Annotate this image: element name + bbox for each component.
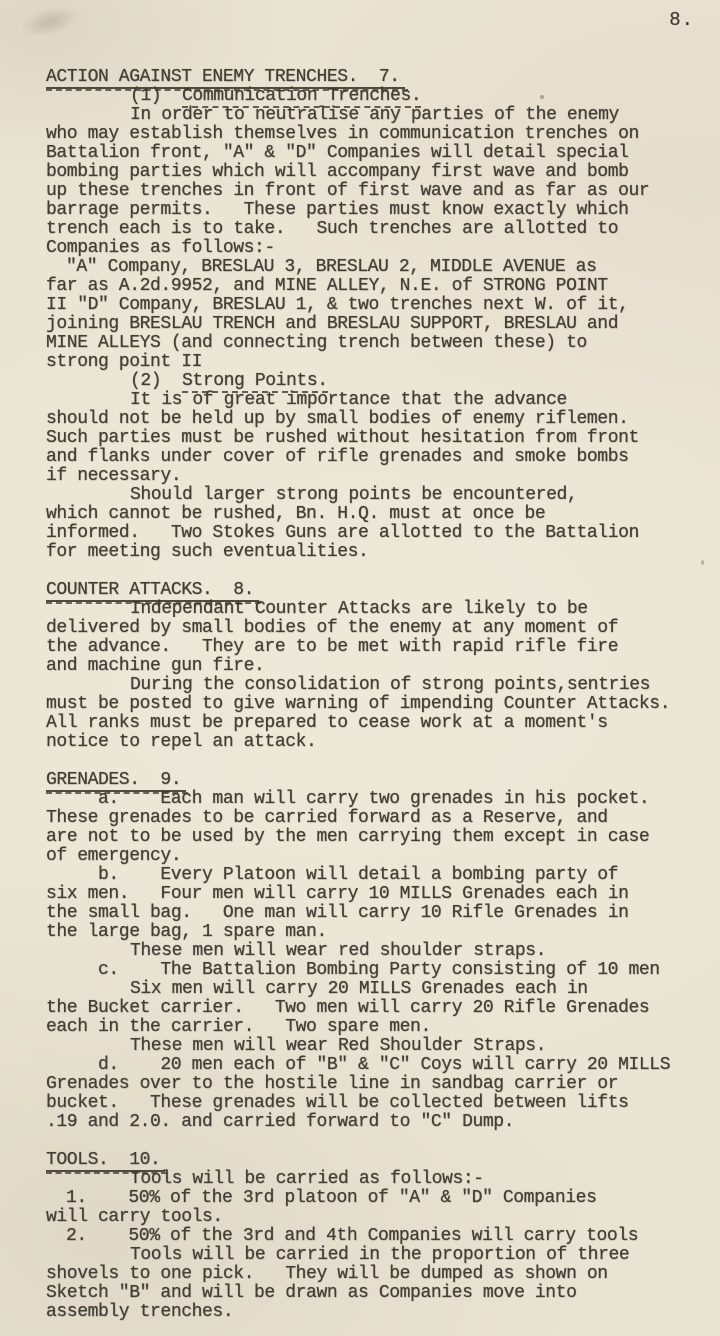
text-line: All ranks must be prepared to cease work…: [46, 714, 706, 733]
text-line: Six men will carry 20 MILLS Grenades eac…: [46, 980, 706, 999]
section-heading: GRENADES. 9.: [46, 771, 186, 792]
document-body: ACTION AGAINST ENEMY TRENCHES. 7.(1) Com…: [0, 0, 720, 1322]
text-line: Should larger strong points be encounter…: [46, 486, 706, 505]
text-line: bombing parties which will accompany fir…: [46, 163, 706, 182]
text-line: MINE ALLEYS (and connecting trench betwe…: [46, 334, 706, 353]
text-line: must be posted to give warning of impend…: [46, 695, 706, 714]
text-line: barrage permits. These parties must know…: [46, 201, 706, 220]
text-line: the Bucket carrier. Two men will carry 2…: [46, 999, 706, 1018]
text-line: c. The Battalion Bombing Party consistin…: [46, 961, 706, 980]
text-line: Companies as follows:-: [46, 239, 706, 258]
text-line: (2) Strong Points.: [46, 372, 706, 391]
text-line: who may establish themselves in communic…: [46, 125, 706, 144]
text-line: if necessary.: [46, 467, 706, 486]
text-line: notice to repel an attack.: [46, 733, 706, 752]
text-line: shovels to one pick. They will be dumped…: [46, 1265, 706, 1284]
text-line: of emergency.: [46, 847, 706, 866]
section-tools: TOOLS. 10.Tools will be carried as follo…: [46, 1151, 706, 1322]
text-line: 1. 50% of the 3rd platoon of "A" & "D" C…: [46, 1189, 706, 1208]
text-line: and flanks under cover of rifle grenades…: [46, 448, 706, 467]
text-line: Such parties must be rushed without hesi…: [46, 429, 706, 448]
text-line: 2. 50% of the 3rd and 4th Companies will…: [46, 1227, 706, 1246]
text-line: each in the carrier. Two spare men.: [46, 1018, 706, 1037]
text-line: informed. Two Stokes Guns are allotted t…: [46, 524, 706, 543]
section-heading: ACTION AGAINST ENEMY TRENCHES. 7.: [46, 68, 405, 89]
text-line: should not be held up by small bodies of…: [46, 410, 706, 429]
text-line: trench each is to take. Such trenches ar…: [46, 220, 706, 239]
text-line: Tools will be carried in the proportion …: [46, 1246, 706, 1265]
text-line: strong point II: [46, 353, 706, 372]
text-line: bucket. These grenades will be collected…: [46, 1094, 706, 1113]
section-heading-line: ACTION AGAINST ENEMY TRENCHES. 7.: [46, 68, 706, 87]
text-line: delivered by small bodies of the enemy a…: [46, 619, 706, 638]
section-heading: TOOLS. 10.: [46, 1151, 165, 1172]
text-line: Battalion front, "A" & "D" Companies wil…: [46, 144, 706, 163]
section-heading-line: GRENADES. 9.: [46, 771, 706, 790]
text-line: are not to be used by the men carrying t…: [46, 828, 706, 847]
text-line: "A" Company, BRESLAU 3, BRESLAU 2, MIDDL…: [46, 258, 706, 277]
text-line: the large bag, 1 spare man.: [46, 923, 706, 942]
text-line: These men will wear red shoulder straps.: [46, 942, 706, 961]
section-counter-attacks: COUNTER ATTACKS. 8.Independant Counter A…: [46, 581, 706, 752]
text-line: These grenades to be carried forward as …: [46, 809, 706, 828]
text-line: the advance. They are to be met with rap…: [46, 638, 706, 657]
text-line: and machine gun fire.: [46, 657, 706, 676]
text-line: which cannot be rushed, Bn. H.Q. must at…: [46, 505, 706, 524]
text-line: During the consolidation of strong point…: [46, 676, 706, 695]
text-line: for meeting such eventualities.: [46, 543, 706, 562]
text-line: far as A.2d.9952, and MINE ALLEY, N.E. o…: [46, 277, 706, 296]
text-line: up these trenches in front of first wave…: [46, 182, 706, 201]
text-line: d. 20 men each of "B" & "C" Coys will ca…: [46, 1056, 706, 1075]
text-line: b. Every Platoon will detail a bombing p…: [46, 866, 706, 885]
text-line: Grenades over to the hostile line in san…: [46, 1075, 706, 1094]
text-line: six men. Four men will carry 10 MILLS Gr…: [46, 885, 706, 904]
section-heading: COUNTER ATTACKS. 8.: [46, 581, 259, 602]
text-line: will carry tools.: [46, 1208, 706, 1227]
text-line: the small bag. One man will carry 10 Rif…: [46, 904, 706, 923]
text-line: assembly trenches.: [46, 1303, 706, 1322]
text-line: It is of great importance that the advan…: [46, 391, 706, 410]
text-line: II "D" Company, BRESLAU 1, & two trenche…: [46, 296, 706, 315]
text-line: Sketch "B" and will be drawn as Companie…: [46, 1284, 706, 1303]
text-line: joining BRESLAU TRENCH and BRESLAU SUPPO…: [46, 315, 706, 334]
section-heading-line: TOOLS. 10.: [46, 1151, 706, 1170]
section-action-against-enemy-trenches: ACTION AGAINST ENEMY TRENCHES. 7.(1) Com…: [46, 68, 706, 562]
text-line: These men will wear Red Shoulder Straps.: [46, 1037, 706, 1056]
section-grenades: GRENADES. 9.a. Each man will carry two g…: [46, 771, 706, 1132]
text-line: .19 and 2.0. and carried forward to "C" …: [46, 1113, 706, 1132]
text-segment: (2): [130, 371, 182, 391]
text-line: In order to neutralise any parties of th…: [46, 106, 706, 125]
section-heading-line: COUNTER ATTACKS. 8.: [46, 581, 706, 600]
